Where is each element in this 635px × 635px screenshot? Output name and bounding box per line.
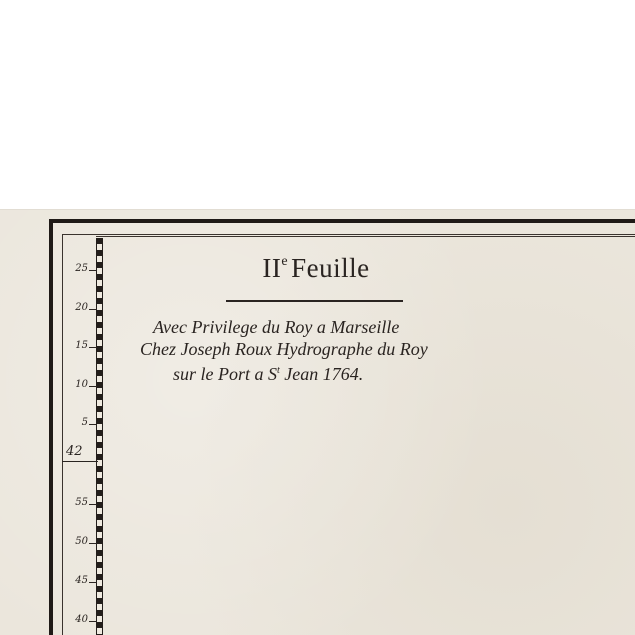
degree-label-42: 42: [66, 444, 83, 459]
scale-label-55: 55: [64, 497, 88, 508]
sheet-title: IIeFeuille: [226, 253, 406, 284]
latitude-scale-bar: [96, 238, 103, 635]
scale-tick: [89, 309, 97, 310]
scale-label-50: 50: [64, 536, 88, 547]
imprint-line-3-prefix: sur le Port a S: [173, 364, 277, 384]
outer-border-left: [49, 219, 53, 635]
outer-border-top: [49, 219, 635, 223]
inner-rule-left: [62, 234, 63, 635]
scale-tick: [89, 270, 97, 271]
scale-label-25: 25: [64, 263, 88, 274]
imprint-block: Avec Privilege du Roy a Marseille Chez J…: [140, 316, 520, 385]
scale-tick: [89, 347, 97, 348]
scale-tick: [89, 621, 97, 622]
imprint-line-3: sur le Port a St Jean 1764.: [140, 360, 520, 385]
sheet-number-superscript: e: [281, 254, 288, 269]
title-underline: [226, 300, 403, 302]
scale-label-40: 40: [64, 614, 88, 625]
neatline-top: [96, 236, 635, 237]
imprint-line-2: Chez Joseph Roux Hydrographe du Roy: [140, 338, 520, 360]
scale-label-45: 45: [64, 575, 88, 586]
scale-label-10: 10: [64, 379, 88, 390]
scale-label-15: 15: [64, 340, 88, 351]
scale-label-5: 5: [64, 417, 88, 428]
scale-label-20: 20: [64, 302, 88, 313]
scale-tick: [89, 386, 97, 387]
imprint-line-1: Avec Privilege du Roy a Marseille: [140, 316, 520, 338]
scale-tick: [89, 424, 97, 425]
scale-tick: [89, 582, 97, 583]
scale-tick: [89, 504, 97, 505]
sheet-word: Feuille: [291, 253, 370, 283]
scale-tick: [89, 543, 97, 544]
degree-line: [62, 461, 98, 462]
sheet-number: II: [262, 253, 281, 283]
inner-rule-top: [62, 234, 635, 235]
imprint-line-3-suffix: Jean 1764.: [280, 364, 363, 384]
